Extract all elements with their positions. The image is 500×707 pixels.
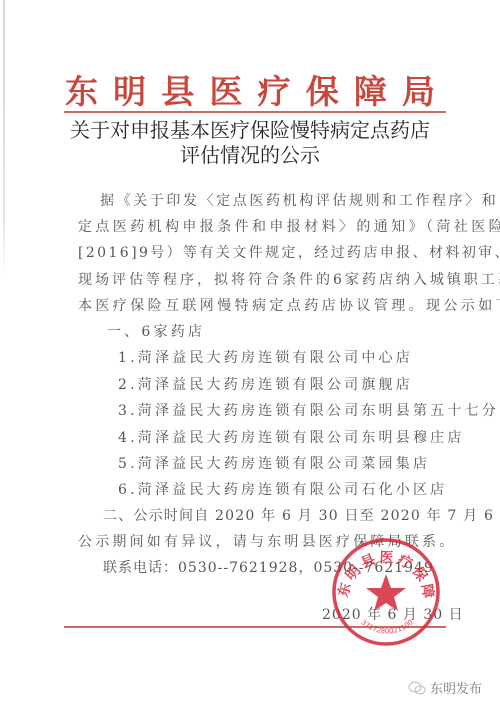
wechat-icon [408,681,426,695]
pharmacy-item: 3.菏泽益民大药房连锁有限公司东明县第五十七分 [118,401,478,421]
paragraph-line: 定点医药机构申报条件和申报材料〉的通知》（菏社医险 [78,217,438,237]
agency-char: 疗 [258,72,291,112]
document-title-line1: 关于对申报基本医疗保险慢特病定点药店 [60,117,440,143]
official-seal-icon: 东明县医疗保障局 3717280021100 [330,536,442,648]
pharmacy-item: 6.菏泽益民大药房连锁有限公司石化小区店 [118,480,478,500]
paragraph-line: [2016]9号）等有关文件规定，经过药店申报、材料初审、 [78,243,438,263]
pharmacy-item: 2.菏泽益民大药房连锁有限公司旗舰店 [118,375,478,395]
agency-char: 保 [306,72,339,112]
header-divider [64,111,446,113]
pharmacy-item: 1.菏泽益民大药房连锁有限公司中心店 [118,348,478,368]
agency-char: 局 [402,72,435,112]
agency-char: 医 [209,72,242,112]
section2-line1: 二、公示时间自 2020 年 6 月 30 日至 2020 年 7 月 6 日， [103,506,463,526]
paragraph-line: 现场评估等程序，拟将符合条件的6家药店纳入城镇职工基 [78,270,438,290]
agency-char: 东 [65,72,98,112]
agency-char: 明 [113,72,146,112]
brand-name: 东明发布 [430,678,482,697]
footer-brand: 东明发布 [408,678,482,697]
agency-title: 东 明 县 医 疗 保 障 局 [65,72,435,112]
pharmacy-item: 4.菏泽益民大药房连锁有限公司东明县穆庄店 [118,428,478,448]
paragraph-line: 据《关于印发〈定点医药机构评估规则和工作程序〉和〈 [100,191,460,211]
document-title-line2: 评估情况的公示 [60,142,440,168]
svg-text:3717280021100: 3717280021100 [359,618,414,635]
agency-char: 障 [354,72,387,112]
paragraph-line: 本医疗保险互联网慢特病定点药店协议管理。现公示如下： [78,296,438,316]
agency-char: 县 [161,72,194,112]
section1-heading: 一、6家药店 [107,322,467,342]
scan-edge-line [3,0,5,280]
pharmacy-item: 5.菏泽益民大药房连锁有限公司菜园集店 [118,454,478,474]
